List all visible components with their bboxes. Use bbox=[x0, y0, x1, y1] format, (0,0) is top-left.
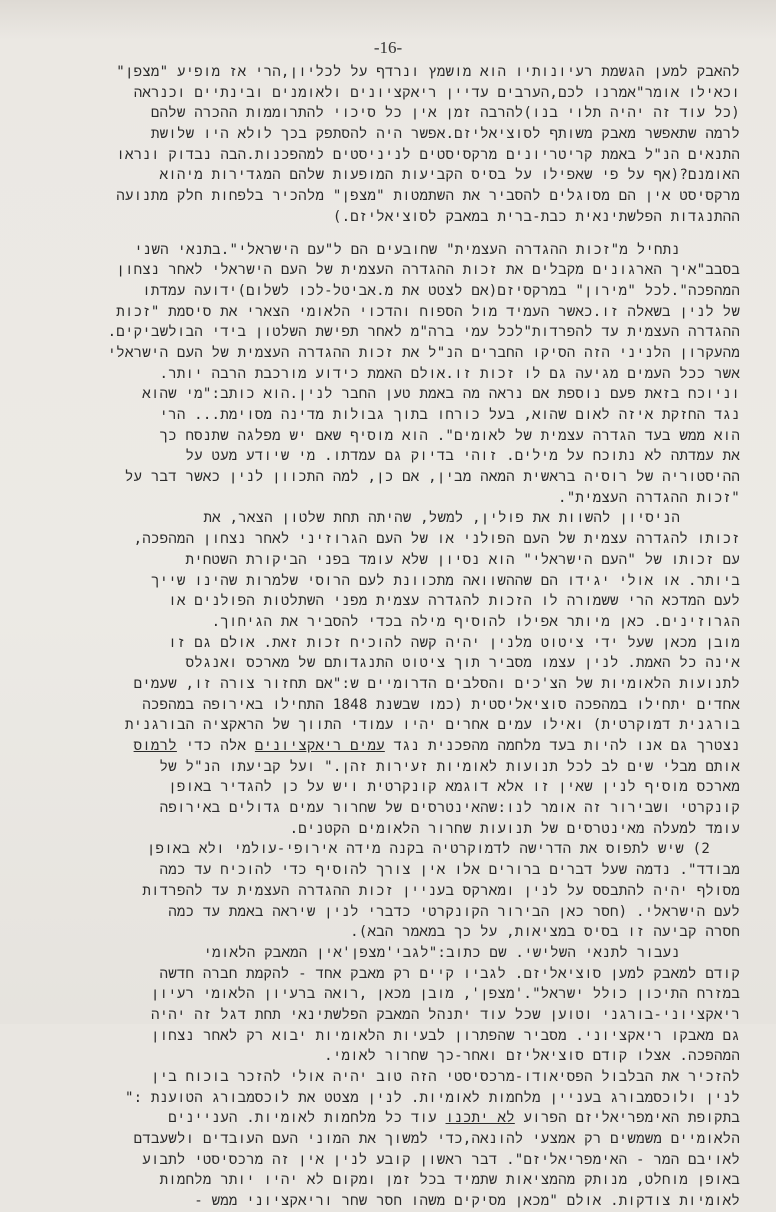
text-line: עם זכותו של "העם הישראלי" הוא נסיון שלא … bbox=[58, 550, 740, 571]
text-line: מהעקרון הלניני הזה הסיקו החברים הנ"ל את … bbox=[58, 343, 740, 364]
text-line: מארכס מוסיף לנין שאין זו אלא דוגמא קונקר… bbox=[58, 777, 740, 798]
text-line: הגרוזינים. כאן מיותר אפילו להוסיף מילה ב… bbox=[58, 612, 740, 633]
text-line: "זכות ההגדרה העצמית". bbox=[58, 488, 740, 509]
text-line: ריאקציוני-בורגני וטוען שכל עוד יתנהל המא… bbox=[58, 1005, 740, 1024]
text-line: לעם הישראלי. (חסר כאן הבירור הקונקרטי כד… bbox=[58, 902, 740, 923]
text-line: לתנועות הלאומיות של הצ'כים והסלבים הדרומ… bbox=[58, 674, 740, 695]
text-line: עומד למעלה מאינטרסים של תנועות שחרור הלא… bbox=[58, 819, 740, 840]
text-line: לעם המדכא הרי ששמורה לו הזכות להגדרה עצמ… bbox=[58, 591, 740, 612]
text-line: וכאילו אומר"אמרנו לכם,הערבים עדיין ריאקצ… bbox=[58, 83, 740, 104]
text-line: בסבב"איך הארגונים מקבלים את זכות ההגדרה … bbox=[58, 260, 740, 281]
text-line: אשר ככל העמים מגיעה גם לו זכות זו.אולם ה… bbox=[58, 364, 740, 385]
text-line: קונקרטי ושבירור זה אומר לנו:שהאינטרסים ש… bbox=[58, 798, 740, 819]
text-line: קודם למאבק למען סוציאליזם. לגביו קיים רק… bbox=[58, 964, 740, 985]
text-line: ההתנגדות הפלשתינאית כבת-ברית במאבק לסוצי… bbox=[58, 207, 740, 228]
text-line: מרקסיסט אין הם מסוגלים להסביר את השתמטות… bbox=[58, 186, 740, 207]
text-line: את עמדתה לא נתוכח על מילים. זוהי בדיוק ג… bbox=[58, 446, 740, 467]
text-line: מבודד". נדמה שעל דברים ברורים אלו אין צו… bbox=[58, 860, 740, 881]
text-line: חסרה קביעה זו בסיס במציאות, על כך במאמר … bbox=[58, 922, 740, 943]
text-line: נעבור לתנאי השלישי. שם כתוב:"לגבי'מצפן'א… bbox=[58, 943, 740, 964]
text-line: וניוכח בזאת פעם נוספת אם נראה מה באמת טע… bbox=[58, 384, 740, 405]
text-line: ביותר. או אולי יגידו הם שההשוואה מתכוונת… bbox=[58, 571, 740, 592]
text-line: להאבק למען הגשמת רעיונותיו הוא מושמץ ונר… bbox=[58, 62, 740, 83]
text-line: נתחיל מ"זכות ההגדרה העצמית" שחובעים הם ל… bbox=[58, 240, 740, 261]
text-line: אחדים יתחילו במהפכה סוציאליסטית (כמו שבש… bbox=[58, 695, 740, 716]
text-line: הוא ממש בעד הגדרה עצמית של לאומים". הוא … bbox=[58, 426, 740, 447]
text-line: התנאים הנ"ל באמת קריטריונים מרקסיסטים לנ… bbox=[58, 145, 740, 166]
text-line: ההיסטוריה של רוסיה בראשית המאה מבין, אם … bbox=[58, 467, 740, 488]
text-line: 2) שיש לתפוס את הדרישה לדמוקרטיה בקנה מי… bbox=[58, 839, 740, 860]
text-line: ההגדרה העצמית עד להפרדות"לכל עמי ברה"מ ל… bbox=[58, 322, 740, 343]
document-page: -16- להאבק למען הגשמת רעיונותיו הוא מושמ… bbox=[0, 0, 776, 1024]
page-number: -16- bbox=[0, 38, 776, 58]
text-line: אינה כל האמת. לנין עצמו מסביר תוך ציטוט … bbox=[58, 653, 740, 674]
text-line: לרמה שתאפשר מאבק משותף לסוציאליזם.אפשר ה… bbox=[58, 124, 740, 145]
text-line: בורגנית דמוקרטית) ואילו עמים אחרים יהיו … bbox=[58, 715, 740, 736]
body-text: להאבק למען הגשמת רעיונותיו הוא מושמץ ונר… bbox=[58, 62, 740, 1024]
text-line: של לנין בשאלה זו.כאשר העמיד מול הספוח וה… bbox=[58, 302, 740, 323]
text-line: מסולף יהיה להתבסס על לנין ומארקס בעניין … bbox=[58, 881, 740, 902]
text-line: מובן מכאן שעל ידי ציטוט מלנין יהיה קשה ל… bbox=[58, 633, 740, 654]
text-line: אותם מבלי שים לב לכל תנועות לאומיות זעיר… bbox=[58, 757, 740, 778]
text-line: נגד החזקת איזה לאום שהוא, בעל כורחו בתוך… bbox=[58, 405, 740, 426]
text-line: האומנם?(אף על פי שאפילו על בסיס הקביעות … bbox=[58, 165, 740, 186]
text-line: הניסיון להשוות את פולין, למשל, שהיתה תחת… bbox=[58, 508, 740, 529]
text-line: זכותו להגדרה עצמית של העם הפולני או של ה… bbox=[58, 529, 740, 550]
text-line: המהפכה".לכל "מירון" במרקסיזם(אם לצטט את … bbox=[58, 281, 740, 302]
text-line: במזרח התיכון כולל ישראל".'מצפן', מובן מכ… bbox=[58, 984, 740, 1005]
text-line: נצטרך גם אנו להיות בעד מלחמה מהפכנית נגד… bbox=[58, 736, 740, 757]
text-line: (כל עוד זה יהיה תלוי בנו)להרבה זמן אין כ… bbox=[58, 103, 740, 124]
